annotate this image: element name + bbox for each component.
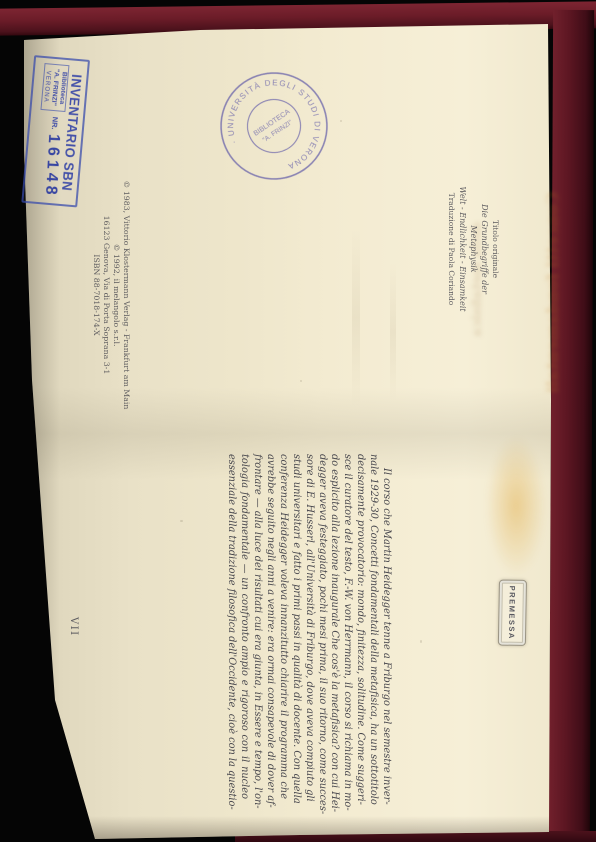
body-text-line: decisamente provocatorio: mondo, finitez… — [353, 454, 366, 799]
inventory-number: 16148 — [41, 133, 62, 198]
translator-credit: Traduzione di Paola Coriando — [445, 184, 457, 314]
isbn-line: ISBN 88-7018-174-X — [91, 158, 101, 432]
body-text-line: nale 1929-30, Concetti fondamentali dell… — [366, 454, 379, 799]
body-text-line: do esplicito alla lezione inaugurale Che… — [328, 454, 341, 799]
book-cover-right-edge — [549, 10, 594, 842]
ink-bleed-blob — [486, 436, 546, 576]
copyright-block: © 1983, Vittorio Klostermann Verlag - Fr… — [91, 158, 131, 432]
dust-speck — [420, 640, 422, 643]
page-smudge — [352, 228, 360, 408]
body-text-block: Il corso che Martin Heidegger tenne a Fr… — [224, 454, 392, 799]
chapter-heading: PREMESSA — [507, 586, 517, 640]
dust-speck — [180, 520, 183, 522]
body-text-line: essenziale della tradizione filosofica d… — [224, 454, 237, 799]
body-text-line: Il corso che Martin Heidegger tenne a Fr… — [379, 454, 392, 799]
copyright-line: © 1983, Vittorio Klostermann Verlag - Fr… — [121, 158, 131, 432]
body-text-line: studi universitari e fatto i primi passi… — [289, 454, 302, 799]
copyright-line: 16123 Genova, Via di Porta Soprana 3-1 — [101, 158, 111, 432]
body-text-line: tologia fondamentale — un confronto ampi… — [237, 454, 250, 799]
original-title: Die Grundbegriffe der Metaphysik — [468, 184, 490, 314]
book-scan-photo: Concetti fondamentali della metafisica T… — [0, 0, 596, 842]
inventory-stamp-library-box: Biblioteca "A. FRINZI" VERONA — [41, 63, 70, 112]
body-text-line: degger aveva festeggiato, pochi mesi pri… — [315, 454, 328, 799]
chapter-heading-box: PREMESSA — [498, 580, 527, 646]
dust-speck — [300, 380, 302, 382]
body-text-line: sore di E. Husserl, all'Università di Fr… — [302, 454, 315, 799]
body-text-line: frontare — alla luce dei risultati cui e… — [250, 454, 263, 799]
body-text-line: sce il curatore del testo, F.-W. von Her… — [340, 454, 353, 799]
page-smudge — [390, 262, 396, 402]
original-subtitle: Welt - Endlichkeit - Einsamkeit — [457, 184, 468, 314]
inventory-number-label: NR. — [50, 116, 60, 130]
copyright-line: © 1992, il melangolo s.r.l. — [111, 158, 121, 432]
dust-speck — [340, 120, 342, 122]
inventory-stamp-library: Biblioteca "A. FRINZI" — [49, 68, 68, 108]
original-title-block: Titolo originale Die Grundbegriffe der M… — [445, 184, 501, 314]
body-text-line: conferenza Heidegger voleva innanzitutto… — [276, 454, 289, 799]
body-text-line: avrebbe seguito negli anni a venire: era… — [263, 454, 276, 799]
original-title-label: Titolo originale — [490, 184, 501, 314]
page-number: VII — [68, 617, 79, 637]
